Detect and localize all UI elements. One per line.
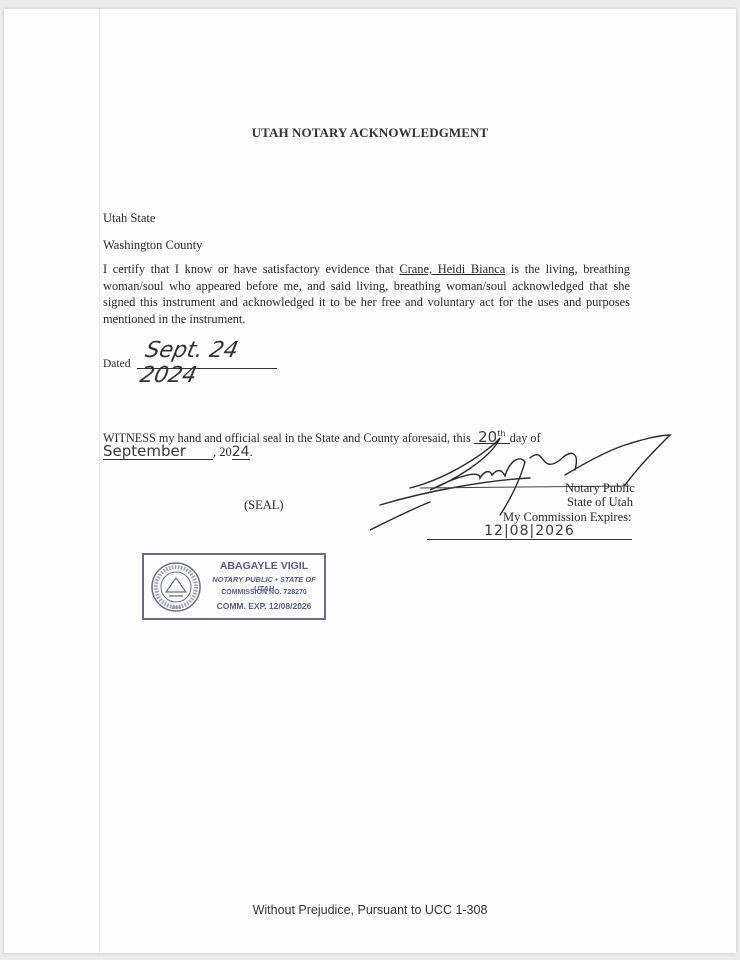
dated-handwritten: Sept. 24 2024 (138, 338, 283, 388)
witness-month-line: September, 2024. (103, 444, 253, 460)
state-seal-icon: 1896 (150, 560, 202, 614)
witness-year-handwritten: 24 (232, 444, 250, 460)
stamp-commission-number: COMMISSION NO. 728270 (202, 589, 326, 596)
stamp-notary-name: ABAGAYLE VIGIL (202, 560, 326, 572)
stamp-commission-expiration: COMM. EXP. 12/08/2026 (202, 601, 326, 611)
footer-text: Without Prejudice, Pursuant to UCC 1-308 (0, 903, 740, 917)
witness-period: . (250, 445, 253, 459)
page-margin-line (99, 9, 100, 953)
document-title: UTAH NOTARY ACKNOWLEDGMENT (0, 125, 740, 141)
notary-state-label: State of Utah (567, 495, 633, 510)
dated-field: Sept. 24 2024 (137, 338, 277, 369)
witness-year-prefix: , 20 (213, 445, 232, 459)
seal-label: (SEAL) (244, 498, 284, 513)
commission-expires-handwritten: 12|08|2026 (427, 524, 632, 540)
notary-public-label: Notary Public (565, 481, 635, 496)
certification-text-before: I certify that I know or have satisfacto… (103, 262, 399, 276)
certification-paragraph: I certify that I know or have satisfacto… (103, 261, 630, 327)
witness-month-field: September (103, 444, 213, 460)
witness-year-field: 24 (232, 446, 250, 460)
witness-month-handwritten: September (103, 442, 186, 460)
county-line: Washington County (103, 238, 202, 253)
signer-name: Crane, Heidi Bianca (399, 262, 505, 276)
dated-label: Dated (103, 358, 130, 370)
svg-text:1896: 1896 (171, 605, 182, 610)
state-line: Utah State (103, 211, 155, 226)
notary-stamp: 1896 ABAGAYLE VIGIL NOTARY PUBLIC • STAT… (142, 553, 326, 620)
